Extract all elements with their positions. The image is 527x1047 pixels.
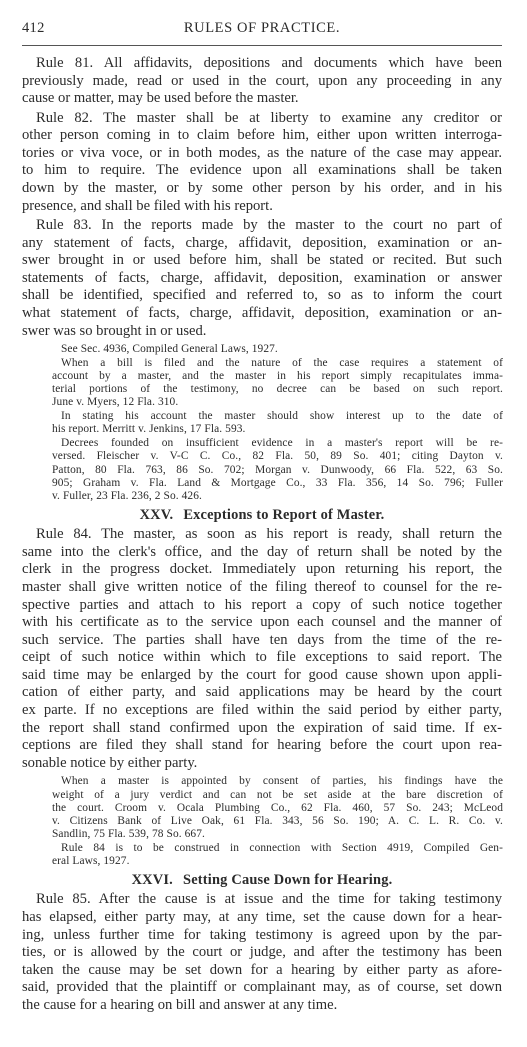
annotation: When a bill is filed and the nature of t… [52,357,503,410]
note-line: When a master is appointed by consent of… [52,775,503,788]
text-line: ceptions are filed they shall stand for … [22,737,502,755]
text-line: such service. The parties shall have ten… [22,632,502,650]
text-line: cation of either party, and said applica… [22,684,502,702]
rule-85: Rule 85. After the cause is at issue and… [22,891,502,1014]
note-line: versed. Fleischer v. V-C C. Co., 82 Fla.… [52,450,503,463]
text-line: master shall give written notice of the … [22,579,502,597]
note-line: June v. Myers, 12 Fla. 310. [52,396,503,409]
section-heading-xxvi: XXVI.Setting Cause Down for Hearing. [22,871,502,889]
text-line: Rule 81. All affidavits, depositions and… [22,55,502,73]
note-line: v. Citizens Bank of Live Oak, 61 Fla. 34… [52,815,503,828]
text-line: ceipt of such notice within which to fil… [22,649,502,667]
header-divider [22,45,502,46]
text-line: down by the master, or by some other per… [22,180,502,198]
text-line: presence, and shall be filed with his re… [22,198,502,216]
annotation: In stating his account the master should… [52,410,503,436]
page-header: 412 RULES OF PRACTICE. [22,20,502,40]
note-line: v. Fuller, 23 Fla. 236, 2 So. 426. [52,490,503,503]
section-number: XXV. [140,507,174,523]
section-number: XXVI. [132,872,173,888]
text-line: other person coming in to claim before h… [22,127,502,145]
annotation: When a master is appointed by consent of… [52,775,503,841]
rule-84-annotations: When a master is appointed by consent of… [52,775,503,868]
note-line: account by a master, and the master in h… [52,370,503,383]
note-line: eral Laws, 1927. [52,855,503,868]
note-line: See Sec. 4936, Compiled General Laws, 19… [52,343,503,356]
book-page: 412 RULES OF PRACTICE. Rule 81. All affi… [0,0,527,1047]
text-line: shall be identified, specified and refer… [22,287,502,305]
note-line: terial portions of the testimony, no dec… [52,383,503,396]
text-line: said time may be enlarged by the court f… [22,667,502,685]
note-line: Decrees founded on insufficient evidence… [52,437,503,450]
note-line: his report. Merritt v. Jenkins, 17 Fla. … [52,423,503,436]
text-line: said, provided that the plaintiff or com… [22,979,502,997]
text-line: the cause for a hearing on bill and answ… [22,997,502,1015]
note-line: weight of a jury verdict and can not be … [52,789,503,802]
note-line: the court. Croom v. Ocala Plumbing Co., … [52,802,503,815]
text-line: ex parte. If no exceptions are filed wit… [22,702,502,720]
note-line: Sandlin, 75 Fla. 539, 78 So. 667. [52,828,503,841]
note-line: When a bill is filed and the nature of t… [52,357,503,370]
note-line: In stating his account the master should… [52,410,503,423]
text-line: Rule 84. The master, as soon as his repo… [22,526,502,544]
section-heading-xxv: XXV.Exceptions to Report of Master. [22,506,502,524]
text-line: statements of facts, charge, affidavit, … [22,270,502,288]
text-line: Rule 85. After the cause is at issue and… [22,891,502,909]
text-line: what statement of facts, charge, affidav… [22,305,502,323]
rule-84: Rule 84. The master, as soon as his repo… [22,526,502,772]
text-line: same into the clerk's office, and the da… [22,544,502,562]
rule-83: Rule 83. In the reports made by the mast… [22,217,502,340]
annotation: See Sec. 4936, Compiled General Laws, 19… [52,343,503,356]
text-line: previously made, read or used in the cou… [22,73,502,91]
text-line: swer was so brought in or used. [22,323,502,341]
text-line: taken the cause may be set down for a he… [22,962,502,980]
text-line: swer brought in or used before him, shal… [22,252,502,270]
text-line: Rule 82. The master shall be at liberty … [22,110,502,128]
note-line: Patton, 80 Fla. 763, 86 So. 702; Morgan … [52,464,503,477]
text-line: ing, unless further time for taking test… [22,927,502,945]
note-line: 905; Graham v. Fla. Land & Mortgage Co.,… [52,477,503,490]
rule-83-annotations: See Sec. 4936, Compiled General Laws, 19… [52,343,503,503]
text-line: cause or matter, may be used before the … [22,90,502,108]
text-line: ties, or is allowed by the court or judg… [22,944,502,962]
annotation: Rule 84 is to be construed in connection… [52,842,503,868]
rule-81: Rule 81. All affidavits, depositions and… [22,55,502,108]
running-title: RULES OF PRACTICE. [22,20,502,37]
page-body: Rule 81. All affidavits, depositions and… [22,55,502,1016]
text-line: spective parties and attach to his repor… [22,597,502,615]
annotation: Decrees founded on insufficient evidence… [52,437,503,503]
text-line: the report shall stand confirmed upon th… [22,720,502,738]
text-line: has elapsed, either party may, at any ti… [22,909,502,927]
text-line: with his certificate as to the service u… [22,614,502,632]
section-title: Setting Cause Down for Hearing. [183,872,392,888]
rule-82: Rule 82. The master shall be at liberty … [22,110,502,216]
text-line: to him to require. The evidence upon all… [22,162,502,180]
text-line: any statement of facts, charge, affidavi… [22,235,502,253]
text-line: sonable notice by either party. [22,755,502,773]
text-line: Rule 83. In the reports made by the mast… [22,217,502,235]
section-title: Exceptions to Report of Master. [183,507,384,523]
text-line: tories or viva voce, or in both modes, a… [22,145,502,163]
note-line: Rule 84 is to be construed in connection… [52,842,503,855]
text-line: clerk in the progress docket. Immediatel… [22,561,502,579]
